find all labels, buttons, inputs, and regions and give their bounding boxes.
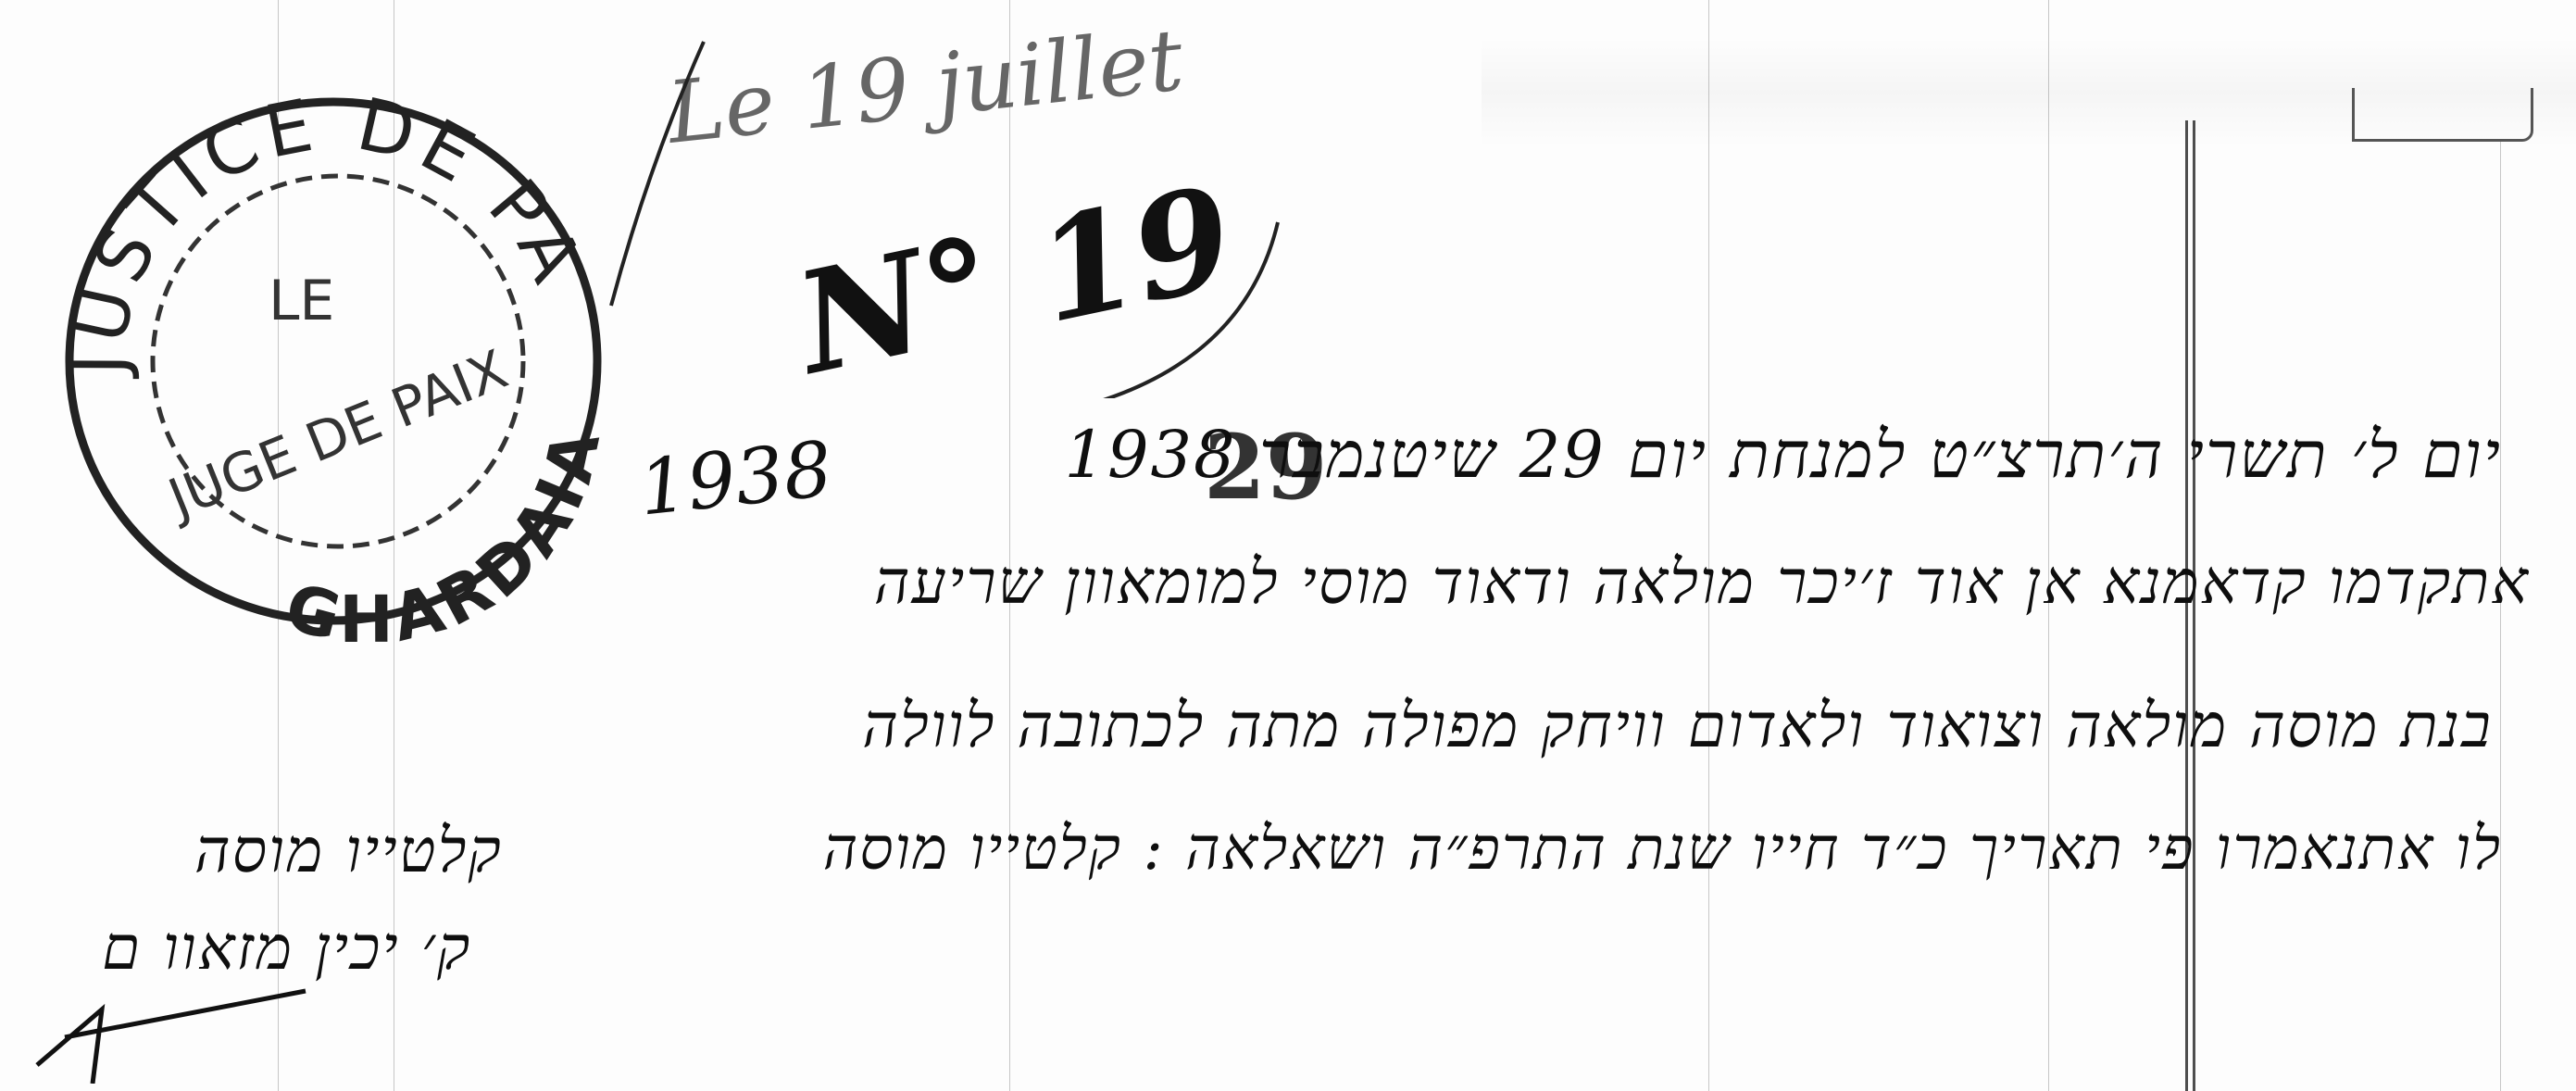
signature-line-1: קלטייו מוסה [194, 815, 503, 887]
document-page: JUSTICE DE PAIX GHARDAIA LE JUGE DE PAIX… [0, 0, 2576, 1091]
ruling-line [2048, 0, 2049, 1091]
entry-year: 1938 [635, 425, 836, 533]
text-line-2: אתקדמו קדאמנא אן אוד ז׳יכר מולאה ודאוד מ… [874, 546, 2530, 619]
court-stamp-icon: JUSTICE DE PAIX GHARDAIA LE JUGE DE PAIX [42, 69, 625, 644]
signature-flourish-icon [28, 954, 324, 1084]
ruling-line [1708, 0, 1709, 1091]
stamp-center-juge: JUGE DE PAIX [157, 337, 516, 531]
text-line-4: לו אתנאמרו פי תאריך כ״ד חייו שנת התרפ״ה … [823, 815, 2502, 884]
register-tab-mark [2352, 88, 2533, 142]
stamp-center-le: LE [269, 269, 334, 333]
text-line-1: יום ל׳ תשרי ה׳תרצ״ט למנחת יום 29 שיטנמבר… [1064, 417, 2502, 494]
text-line-3: בנת מוסה מולאה וצואוד ולאדום וויחק מפולה… [862, 690, 2493, 762]
